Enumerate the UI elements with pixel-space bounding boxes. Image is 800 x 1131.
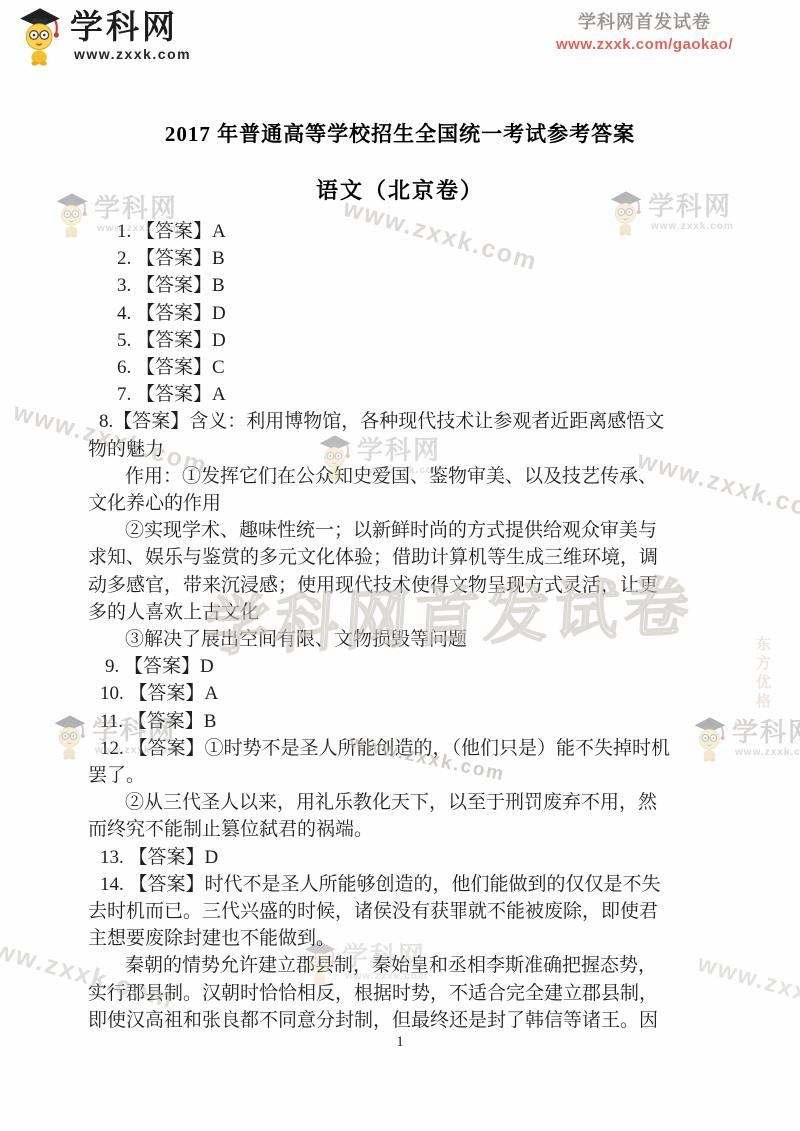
document-line: 多的人喜欢上古文化 bbox=[88, 599, 714, 626]
watermark-logo-text: 学科网 www.zxxk.com bbox=[732, 719, 800, 758]
page-number: 1 bbox=[0, 1034, 800, 1051]
document-line: 罢了。 bbox=[88, 762, 714, 789]
document-line: 9. 【答案】D bbox=[105, 653, 714, 680]
document-line: 求知、娱乐与鉴赏的多元文化体验；借助计算机等生成三维环境，调 bbox=[88, 544, 714, 571]
document-line: ②从三代圣人以来，用礼乐教化天下，以至于刑罚废弃不用，然 bbox=[125, 789, 714, 816]
document-line: ②实现学术、趣味性统一；以新鲜时尚的方式提供给观众审美与 bbox=[125, 517, 714, 544]
document-title: 2017 年普通高等学校招生全国统一考试参考答案 bbox=[0, 118, 800, 148]
document-line: 11. 【答案】B bbox=[100, 708, 714, 735]
document-line: 2. 【答案】B bbox=[117, 245, 714, 272]
logo-brand-text: 学科网 bbox=[70, 10, 191, 43]
document-line: 实行郡县制。汉朝时恰恰相反，根据时势，不适合完全建立郡县制， bbox=[88, 980, 714, 1007]
document-line: 主想要废除封建也不能做到。 bbox=[88, 925, 714, 952]
document-line: 动多感官，带来沉浸感；使用现代技术使得文物呈现方式灵活，让更 bbox=[88, 572, 714, 599]
document-line: 而终究不能制止篡位弑君的祸端。 bbox=[88, 816, 714, 843]
answer-list: 1. 【答案】A2. 【答案】B3. 【答案】B4. 【答案】D5. 【答案】D… bbox=[88, 218, 714, 1034]
document-line: 7. 【答案】A bbox=[117, 381, 714, 408]
document-line: 物的魅力 bbox=[88, 436, 714, 463]
document-line: 文化养心的作用 bbox=[88, 490, 714, 517]
document-line: 5. 【答案】D bbox=[117, 327, 714, 354]
logo-site-url: www.zxxk.com bbox=[74, 46, 191, 62]
watermark-site: www.zxxk.com bbox=[735, 747, 800, 758]
scanned-answer-sheet-page: 学科网 www.zxxk.com 学科网首发试卷 www.zxxk.com/ga… bbox=[0, 0, 800, 1131]
document-line: 3. 【答案】B bbox=[117, 272, 714, 299]
watermark-side-text: 东方优格 bbox=[752, 636, 773, 712]
document-line: 8.【答案】含义：利用博物馆，各种现代技术让参观者近距离感悟文 bbox=[99, 408, 714, 435]
document-line: 4. 【答案】D bbox=[117, 300, 714, 327]
document-line: 6. 【答案】C bbox=[117, 354, 714, 381]
stamp-url: www.zxxk.com/gaokao/ bbox=[556, 36, 733, 53]
stamp-title: 学科网首发试卷 bbox=[556, 8, 733, 34]
logo-text: 学科网 www.zxxk.com bbox=[70, 10, 191, 62]
document-line: 作用：①发挥它们在公众知史爱国、鉴物审美、以及技艺传承、 bbox=[125, 463, 714, 490]
document-line: 10. 【答案】A bbox=[100, 680, 714, 707]
watermark-brand: 学科网 bbox=[732, 719, 800, 745]
document-subtitle: 语文（北京卷） bbox=[0, 174, 800, 205]
mascot-icon bbox=[14, 4, 66, 66]
document-line: 去时机而已。三代兴盛的时候，诸侯没有获罪就不能被废除，即使君 bbox=[88, 898, 714, 925]
site-logo: 学科网 www.zxxk.com bbox=[14, 4, 191, 66]
document-line: 1. 【答案】A bbox=[117, 218, 714, 245]
document-line: 即使汉高祖和张良都不同意分封制，但最终还是封了韩信等诸王。因 bbox=[88, 1007, 714, 1034]
document-line: ③解决了展出空间有限、文物损毁等问题 bbox=[125, 626, 714, 653]
document-line: 13. 【答案】D bbox=[100, 844, 714, 871]
publisher-stamp: 学科网首发试卷 www.zxxk.com/gaokao/ bbox=[556, 8, 733, 53]
document-line: 秦朝的情势允许建立郡县制，秦始皇和丞相李斯准确把握态势， bbox=[125, 952, 714, 979]
mascot-icon bbox=[50, 712, 90, 760]
document-line: 12. 【答案】①时势不是圣人所能创造的，（他们只是）能不失掉时机 bbox=[100, 735, 714, 762]
document-line: 14. 【答案】时代不是圣人所能够创造的，他们能做到的仅仅是不失 bbox=[100, 871, 714, 898]
